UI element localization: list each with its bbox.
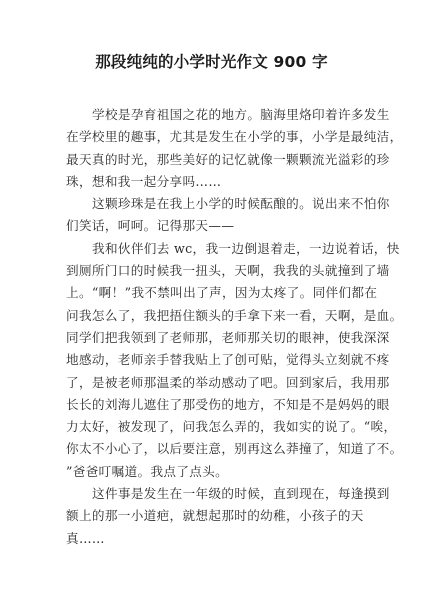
text-line: 额上的那一小道疤，就想起那时的幼稚，小孩子的天 [66,505,366,527]
text-line: 珠，想和我一起分享吗…… [66,171,366,193]
text-line: 了，是被老师那温柔的举动感动了吧。回到家后，我用那 [66,372,366,394]
text-line: 这件事是发生在一年级的时候，直到现在，每逢摸到 [66,483,366,505]
text-line: 问我怎么了，我把捂住额头的手拿下来一看，天啊，是血。 [66,305,366,327]
text-line: 在学校里的趣事，尤其是发生在小学的事，小学是最纯洁， [66,126,366,148]
text-line: 力太好，被发现了，问我怎么弄的，我如实的说了。“唉， [66,416,366,438]
text-line: 你太不小心了，以后要注意，别再这么莽撞了，知道了不。 [66,438,366,460]
document-title: 那段纯纯的小学时光作文 900 字 [0,50,423,72]
essay-body: 学校是孕育祖国之花的地方。脑海里烙印着许多发生 在学校里的趣事，尤其是发生在小学… [66,104,366,550]
text-line: 学校是孕育祖国之花的地方。脑海里烙印着许多发生 [66,104,366,126]
text-line: 最天真的时光，那些美好的记忆就像一颗颗流光溢彩的珍 [66,149,366,171]
text-line: 同学们把我领到了老师那，老师那关切的眼神，使我深深 [66,327,366,349]
text-line: 这颗珍珠是在我上小学的时候酝酿的。说出来不怕你 [66,193,366,215]
text-line: 上。“啊！”我不禁叫出了声，因为太疼了。同伴们都在 [66,282,366,304]
text-line: 到厕所门口的时候我一扭头，天啊，我我的头就撞到了墙 [66,260,366,282]
text-line: ”爸爸叮嘱道。我点了点头。 [66,461,366,483]
text-line: 我和伙伴们去 wc，我一边倒退着走，一边说着话，快 [66,238,366,260]
text-line: 长长的刘海儿遮住了那受伤的地方，不知是不是妈妈的眼 [66,394,366,416]
text-line: 真…… [66,528,366,550]
text-line: 们笑话，呵呵。记得那天—— [66,215,366,237]
text-line: 地感动，老师亲手替我贴上了创可贴，觉得头立刻就不疼 [66,349,366,371]
